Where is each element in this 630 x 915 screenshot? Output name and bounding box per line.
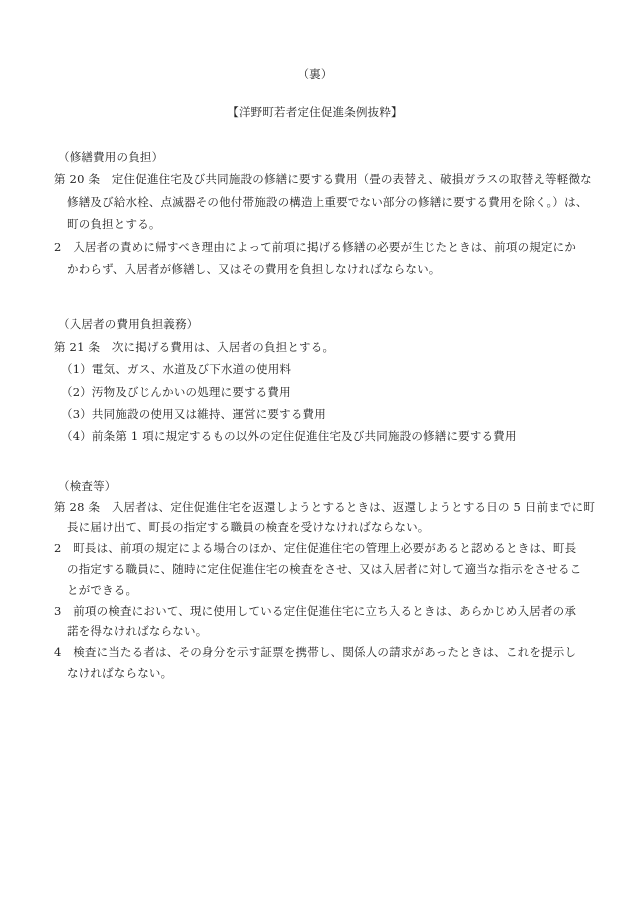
text-line: 第 20 条 定住促進住宅及び共同施設の修繕に要する費用（畳の表替え、破損ガラス… xyxy=(0,168,630,190)
text-line: 4 検査に当たる者は、その身分を示す証票を携帯し、関係人の請求があったときは、こ… xyxy=(0,642,630,663)
text-line: （3）共同施設の使用又は維持、運営に要する費用 xyxy=(0,403,630,425)
text-line: の指定する職員に、随時に定住促進住宅の検査をさせ、又は入居者に対して適当な指示を… xyxy=(0,559,630,580)
text-line: 第 21 条 次に掲げる費用は、入居者の負担とする。 xyxy=(0,336,630,358)
text-line: 長に届け出て、町長の指定する職員の検査を受けなければならない。 xyxy=(0,517,630,538)
section-heading: （修繕費用の負担） xyxy=(0,146,630,168)
text-line: 3 前項の検査において、現に使用している定住促進住宅に立ち入るときは、あらかじめ… xyxy=(0,601,630,622)
document-page: （裏） 【洋野町若者定住促進条例抜粋】 （修繕費用の負担）第 20 条 定住促進… xyxy=(0,0,630,915)
text-line: とができる。 xyxy=(0,580,630,601)
text-line: かわらず、入居者が修繕し、又はその費用を負担しなければならない。 xyxy=(0,258,630,280)
text-line: 第 28 条 入居者は、定住促進住宅を返還しようとするときは、返還しようとする日… xyxy=(0,497,630,518)
text-line: 修繕及び給水栓、点滅器その他付帯施設の構造上重要でない部分の修繕に要する費用を除… xyxy=(0,191,630,213)
text-line: （1）電気、ガス、水道及び下水道の使用料 xyxy=(0,358,630,380)
text-line: （2）汚物及びじんかいの処理に要する費用 xyxy=(0,381,630,403)
document-sections: （修繕費用の負担）第 20 条 定住促進住宅及び共同施設の修繕に要する費用（畳の… xyxy=(0,146,630,684)
section-article-28: （検査等）第 28 条 入居者は、定住促進住宅を返還しようとするときは、返還しよ… xyxy=(0,476,630,684)
section-article-21: （入居者の費用負担義務）第 21 条 次に掲げる費用は、入居者の負担とする。（1… xyxy=(0,313,630,447)
text-line: なければならない。 xyxy=(0,663,630,684)
text-line: （4）前条第 1 項に規定するもの以外の定住促進住宅及び共同施設の修繕に要する費… xyxy=(0,425,630,447)
text-line: 町の負担とする。 xyxy=(0,213,630,235)
text-line: 2 入居者の責めに帰すべき理由によって前項に掲げる修繕の必要が生じたときは、前項… xyxy=(0,236,630,258)
text-line: 諾を得なければならない。 xyxy=(0,621,630,642)
text-line: 2 町長は、前項の規定による場合のほか、定住促進住宅の管理上必要があると認めると… xyxy=(0,538,630,559)
section-heading: （検査等） xyxy=(0,476,630,497)
section-article-20: （修繕費用の負担）第 20 条 定住促進住宅及び共同施設の修繕に要する費用（畳の… xyxy=(0,146,630,280)
page-side-label: （裏） xyxy=(0,66,630,82)
section-heading: （入居者の費用負担義務） xyxy=(0,313,630,335)
document-title: 【洋野町若者定住促進条例抜粋】 xyxy=(0,104,630,120)
